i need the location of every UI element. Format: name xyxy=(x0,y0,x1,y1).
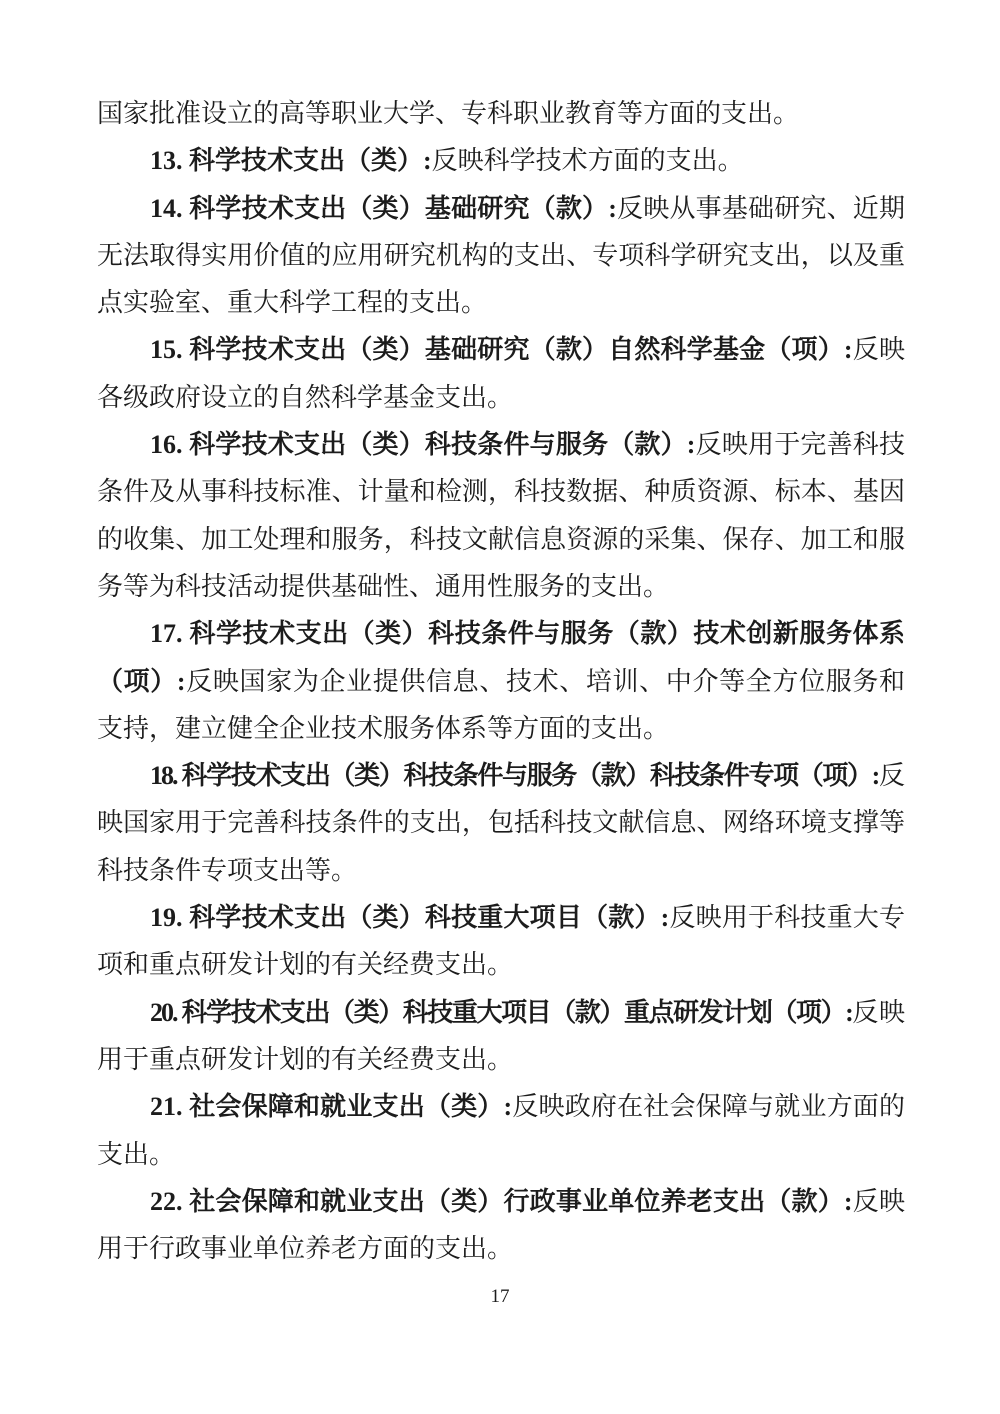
item-20-heading: 20. 科学技术支出（类）科技重大项目（款）重点研发计划（项）: xyxy=(150,998,852,1027)
paragraph-item-17: 17. 科学技术支出（类）科技条件与服务（款）技术创新服务体系（项）:反映国家为… xyxy=(97,610,905,752)
paragraph-item-14: 14. 科学技术支出（类）基础研究（款）:反映从事基础研究、近期无法取得实用价值… xyxy=(97,185,905,327)
paragraph-item-15: 15. 科学技术支出（类）基础研究（款）自然科学基金（项）:反映各级政府设立的自… xyxy=(97,326,905,421)
item-17-description: 反映国家为企业提供信息、技术、培训、中介等全方位服务和支持，建立健全企业技术服务… xyxy=(97,667,905,743)
item-16-heading: 16. 科学技术支出（类）科技条件与服务（款）: xyxy=(150,430,695,459)
item-22-heading: 22. 社会保障和就业支出（类）行政事业单位养老支出（款）: xyxy=(150,1187,853,1216)
paragraph-text: 国家批准设立的高等职业大学、专科职业教育等方面的支出。 xyxy=(97,99,799,128)
paragraph-item-20: 20. 科学技术支出（类）科技重大项目（款）重点研发计划（项）:反映用于重点研发… xyxy=(97,989,905,1084)
paragraph-continuation: 国家批准设立的高等职业大学、专科职业教育等方面的支出。 xyxy=(97,90,905,137)
paragraph-item-13: 13. 科学技术支出（类）:反映科学技术方面的支出。 xyxy=(97,137,905,184)
paragraph-item-22: 22. 社会保障和就业支出（类）行政事业单位养老支出（款）:反映用于行政事业单位… xyxy=(97,1178,905,1273)
item-15-heading: 15. 科学技术支出（类）基础研究（款）自然科学基金（项）: xyxy=(150,335,853,364)
item-14-heading: 14. 科学技术支出（类）基础研究（款）: xyxy=(150,194,617,223)
item-21-heading: 21. 社会保障和就业支出（类）: xyxy=(150,1092,512,1121)
paragraph-item-21: 21. 社会保障和就业支出（类）:反映政府在社会保障与就业方面的支出。 xyxy=(97,1083,905,1178)
page-number: 17 xyxy=(0,1286,1000,1308)
item-18-heading: 18. 科学技术支出（类）科技条件与服务（款）科技条件专项（项）: xyxy=(150,761,878,790)
paragraph-item-18: 18. 科学技术支出（类）科技条件与服务（款）科技条件专项（项）:反映国家用于完… xyxy=(97,752,905,894)
item-13-heading: 13. 科学技术支出（类）: xyxy=(150,146,432,175)
document-page: 国家批准设立的高等职业大学、专科职业教育等方面的支出。 13. 科学技术支出（类… xyxy=(0,0,1000,1414)
item-13-description: 反映科学技术方面的支出。 xyxy=(432,146,744,175)
paragraph-item-16: 16. 科学技术支出（类）科技条件与服务（款）:反映用于完善科技条件及从事科技标… xyxy=(97,421,905,610)
item-19-heading: 19. 科学技术支出（类）科技重大项目（款）: xyxy=(150,903,669,932)
paragraph-item-19: 19. 科学技术支出（类）科技重大项目（款）:反映用于科技重大专项和重点研发计划… xyxy=(97,894,905,989)
